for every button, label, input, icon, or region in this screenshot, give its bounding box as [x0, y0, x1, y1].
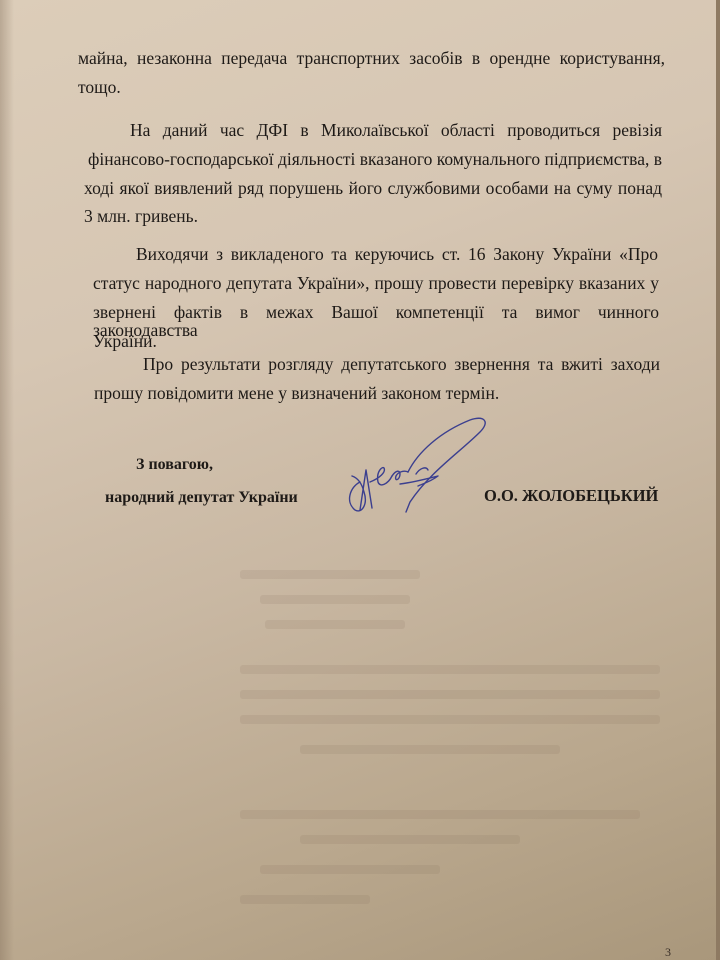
handwritten-signature — [330, 412, 510, 522]
bleed-through-mark — [240, 895, 370, 904]
bleed-through-mark — [265, 620, 405, 629]
page-edge-shadow — [0, 0, 14, 960]
signatory-title: народний депутат України — [105, 490, 298, 506]
bleed-through-mark — [260, 595, 410, 604]
paragraph-3-line-4: України. — [93, 333, 157, 351]
paragraph-4-line-1: Про результати розгляду депутатського зв… — [143, 356, 660, 374]
bleed-through-mark — [300, 745, 560, 754]
bleed-through-mark — [240, 665, 660, 674]
paragraph-2-line-4: 3 млн. гривень. — [84, 208, 198, 226]
paragraph-2-line-2: фінансово-господарської діяльності вказа… — [88, 151, 662, 169]
paragraph-4-line-2: прошу повідомити мене у визначений закон… — [94, 385, 499, 403]
signatory-name: О.О. ЖОЛОБЕЦЬКИЙ — [484, 488, 658, 505]
paragraph-3-line-2: статус народного депутата України», прош… — [93, 275, 659, 293]
bleed-through-mark — [240, 570, 420, 579]
paragraph-2-line-1: На даний час ДФІ в Миколаївської області… — [130, 122, 662, 140]
bleed-through-mark — [240, 715, 660, 724]
bleed-through-mark — [260, 865, 440, 874]
bleed-through-mark — [240, 810, 640, 819]
bleed-through-mark — [240, 690, 660, 699]
paragraph-1-line-1: майна, незаконна передача транспортних з… — [78, 50, 665, 68]
paragraph-3-line-1: Виходячи з викладеного та керуючись ст. … — [136, 246, 658, 264]
salutation: З повагою, — [136, 457, 213, 473]
paragraph-3-line-3: звернені фактів в межах Вашої компетенці… — [93, 304, 659, 339]
paragraph-2-line-3: ході якої виявлений ряд порушень його сл… — [84, 180, 662, 198]
page-number: 3 — [665, 945, 671, 960]
bleed-through-mark — [300, 835, 520, 844]
page-right-edge — [716, 0, 720, 960]
paragraph-1-line-2: тощо. — [78, 79, 121, 97]
